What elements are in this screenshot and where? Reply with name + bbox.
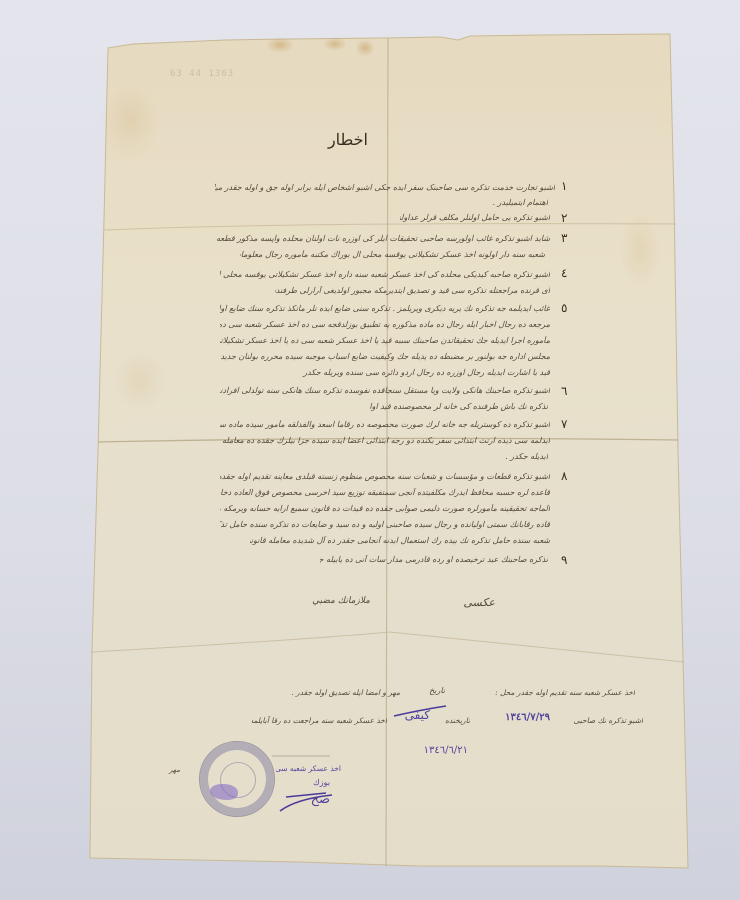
clause-6-line-2: تذکره نك باش طرفنده کی خانه لر محصوصنده … xyxy=(370,402,548,411)
clause-3-line-2: شعبه سنه دار اولونه اخذ عسکر تشکیلاتی یو… xyxy=(240,250,545,259)
clause-number-2: ٢ xyxy=(561,211,567,225)
footer-line2-right: اشبو تذکره نك صاحبی xyxy=(558,716,643,725)
footer-line1-right: اخذ عسکر شعبه سنه تقدیم اوله جقدر محل : xyxy=(490,688,635,697)
signature-line xyxy=(272,752,332,762)
archive-mark: 63 44 1363 xyxy=(170,69,234,79)
clause-number-4: ٤ xyxy=(561,266,567,280)
clause-5-line-2: مرجعه ده رجال اخبار ایله رجال ده ماده مذ… xyxy=(220,320,550,329)
footer-line2-left: اخذ عسکر شعبه سنه مراجعت ده رقا آبایلمشد… xyxy=(252,716,387,725)
clause-3-line-1: شايد اشبو تذکره غائب اولورسه صاحبی تحقیق… xyxy=(215,234,550,243)
clause-5-line-4: مجلس اداره جه بولنور بر مضبطه ده یدیله ج… xyxy=(220,352,550,361)
clause-number-1: ١ xyxy=(561,179,567,193)
clause-5-line-1: غائب ایدیلمه جه تذکره نك يريه دیکری ويری… xyxy=(220,304,550,313)
clause-number-3: ٣ xyxy=(561,231,567,245)
clause-6-line-1: اشبو تذکره صاحبنك هانکی ولايت ويا مستقل … xyxy=(220,386,550,395)
signature-stroke xyxy=(276,785,336,815)
document-page: 63 44 1363 اخطار ١ اشبو تجارت خدمت تذکره… xyxy=(0,0,740,900)
clause-8-line-5: شعبه سنده حامل تذکره نك بیده رك استعمال … xyxy=(250,536,550,545)
handwritten-date: ١٣٤٦/٦/٢١ xyxy=(418,745,468,756)
clause-8-line-4: قاده رقابانك سمتی اولیانده و رجال سیده ص… xyxy=(220,520,550,529)
official-office: اخذ عسکر شعبه سی ریاسته رکیسی xyxy=(276,764,341,773)
clause-number-5: ٥ xyxy=(561,301,567,315)
clause-number-7: ٧ xyxy=(561,417,567,431)
paper-sheet xyxy=(0,0,740,900)
clause-9-line-1: تذکره صاحبنك عبد ترخیصده او رده قادرمی م… xyxy=(320,555,548,564)
clause-5-line-3: مأموره اجرا ایدیله جك تحقیقاتدن صاحبنك س… xyxy=(220,336,550,345)
document-heading: اخطار xyxy=(328,130,368,149)
clause-8-line-2: قاعده لره حسبه محافظ ایدرك مکلفیتده آنجی… xyxy=(220,488,550,497)
footer-line1-middle: تاریخ xyxy=(415,686,445,695)
seal-ink-blot xyxy=(210,784,238,800)
clause-number-9: ٩ xyxy=(561,553,567,567)
far-left-note: مهر xyxy=(150,766,180,774)
clause-number-8: ٨ xyxy=(561,469,567,483)
clause-1-line-2: اهتمام ایتمیلیدر . xyxy=(420,198,548,207)
signature-label-right: عکسی xyxy=(455,596,495,609)
clause-7-line-3: ایدیله جکدر . xyxy=(470,452,548,461)
footer-line2-date: ١٣٤٦/٧/٢٩ xyxy=(474,712,550,723)
clause-4-line-2: آی قرنده مراجعتله تذکره سی قید و تصدیق ا… xyxy=(275,286,550,295)
clause-7-line-2: ایدلمه سی دیده ارتث ابتدائی سفر یکنده دو… xyxy=(220,436,550,445)
official-seal-stamp xyxy=(199,741,275,817)
clause-5-line-5: قید یا اشارت ایدیله رجال اوزره ده رجال ا… xyxy=(300,368,550,377)
clause-4-line-1: اشبو تذکره صاحبه کیدیکی محلده کی اخذ عسک… xyxy=(220,270,550,279)
signature-label-left: ملازمانك مضبي xyxy=(310,596,370,606)
clause-2-line-1: اشبو تذکره یی حامل اولنلر مکلف قرلر عداو… xyxy=(400,213,550,222)
footer-line1-left: مهر و امضا ایله تصدیق اوله جقدر . xyxy=(282,688,400,697)
clause-7-line-1: اشبو تذکره ده کوستریله جه خانه لرك صورت … xyxy=(220,420,550,429)
clause-1-line-1: اشبو تجارت خدمت تذکره سی صاحبنک سفر ایده… xyxy=(215,183,555,192)
clause-8-line-1: اشبو تذکره قطعات و مؤسسات و شعبات سنه مح… xyxy=(220,472,550,481)
clause-8-line-3: الماجه تحقیقینه مأمورلره صورت دلیمی صواب… xyxy=(220,504,550,513)
clause-number-6: ٦ xyxy=(561,384,567,398)
name-underline-stroke xyxy=(390,704,450,718)
